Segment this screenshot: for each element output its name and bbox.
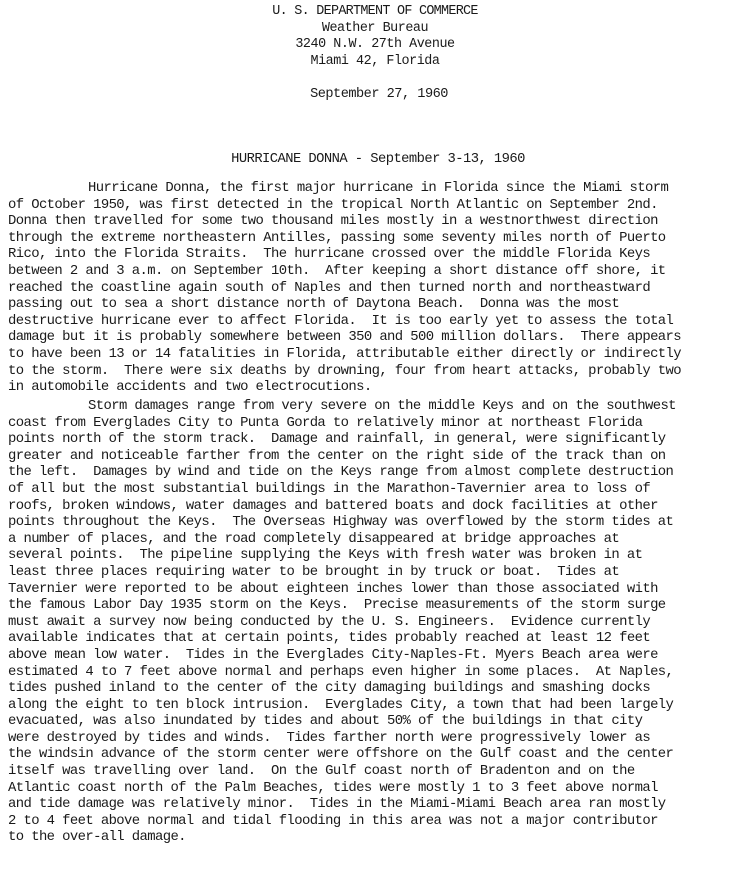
bureau-name: Weather Bureau — [0, 21, 740, 38]
text-line: reached the coastline again south of Nap… — [8, 280, 736, 297]
text-line: damage but it is probably somewhere betw… — [8, 329, 736, 346]
paragraph-damages: Storm damages range from very severe on … — [8, 398, 736, 846]
text-line: must await a survey now being conducted … — [8, 614, 736, 631]
text-line: the left. Damages by wind and tide on th… — [8, 464, 736, 481]
city-address: Miami 42, Florida — [0, 54, 740, 71]
document-page: U. S. DEPARTMENT OF COMMERCE Weather Bur… — [0, 0, 740, 894]
text-line: along the eight to ten block intrusion. … — [8, 697, 736, 714]
text-line: points throughout the Keys. The Overseas… — [8, 514, 736, 531]
text-line: itself was travelling over land. On the … — [8, 763, 736, 780]
letterhead: U. S. DEPARTMENT OF COMMERCE Weather Bur… — [0, 4, 740, 70]
text-line: the windsin advance of the storm center … — [8, 746, 736, 763]
text-line: the famous Labor Day 1935 storm on the K… — [8, 597, 736, 614]
text-line: between 2 and 3 a.m. on September 10th. … — [8, 263, 736, 280]
text-line: Atlantic coast north of the Palm Beaches… — [8, 780, 736, 797]
text-line: through the extreme northeastern Antille… — [8, 230, 736, 247]
text-line: were destroyed by tides and winds. Tides… — [8, 730, 736, 747]
text-line: Rico, into the Florida Straits. The hurr… — [8, 246, 736, 263]
text-line: several points. The pipeline supplying t… — [8, 547, 736, 564]
text-line: roofs, broken windows, water damages and… — [8, 498, 736, 515]
document-title: HURRICANE DONNA - September 3-13, 1960 — [0, 152, 740, 167]
text-line: of all but the most substantial building… — [8, 481, 736, 498]
text-line: of October 1950, was first detected in t… — [8, 197, 736, 214]
text-line: tides pushed inland to the center of the… — [8, 680, 736, 697]
text-line: to the storm. There were six deaths by d… — [8, 363, 736, 380]
text-line: evacuated, was also inundated by tides a… — [8, 713, 736, 730]
text-line: passing out to sea a short distance nort… — [8, 296, 736, 313]
text-line: and tide damage was relatively minor. Ti… — [8, 796, 736, 813]
text-line: points north of the storm track. Damage … — [8, 431, 736, 448]
text-line: Hurricane Donna, the first major hurrica… — [8, 180, 736, 197]
text-line: least three places requiring water to be… — [8, 564, 736, 581]
department-name: U. S. DEPARTMENT OF COMMERCE — [0, 4, 740, 21]
text-line: a number of places, and the road complet… — [8, 531, 736, 548]
text-line: estimated 4 to 7 feet above normal and p… — [8, 664, 736, 681]
text-line: in automobile accidents and two electroc… — [8, 379, 736, 396]
text-line: coast from Everglades City to Punta Gord… — [8, 415, 736, 432]
text-line: Storm damages range from very severe on … — [8, 398, 736, 415]
street-address: 3240 N.W. 27th Avenue — [0, 37, 740, 54]
text-line: Tavernier were reported to be about eigh… — [8, 581, 736, 598]
text-line: above mean low water. Tides in the Everg… — [8, 647, 736, 664]
text-line: greater and noticeable farther from the … — [8, 448, 736, 465]
paragraph-overview: Hurricane Donna, the first major hurrica… — [8, 180, 736, 396]
text-line: Donna then travelled for some two thousa… — [8, 213, 736, 230]
text-line: to have been 13 or 14 fatalities in Flor… — [8, 346, 736, 363]
text-line: available indicates that at certain poin… — [8, 630, 736, 647]
document-date: September 27, 1960 — [0, 87, 740, 102]
text-line: 2 to 4 feet above normal and tidal flood… — [8, 813, 736, 830]
text-line: to the over-all damage. — [8, 829, 736, 846]
text-line: destructive hurricane ever to affect Flo… — [8, 313, 736, 330]
